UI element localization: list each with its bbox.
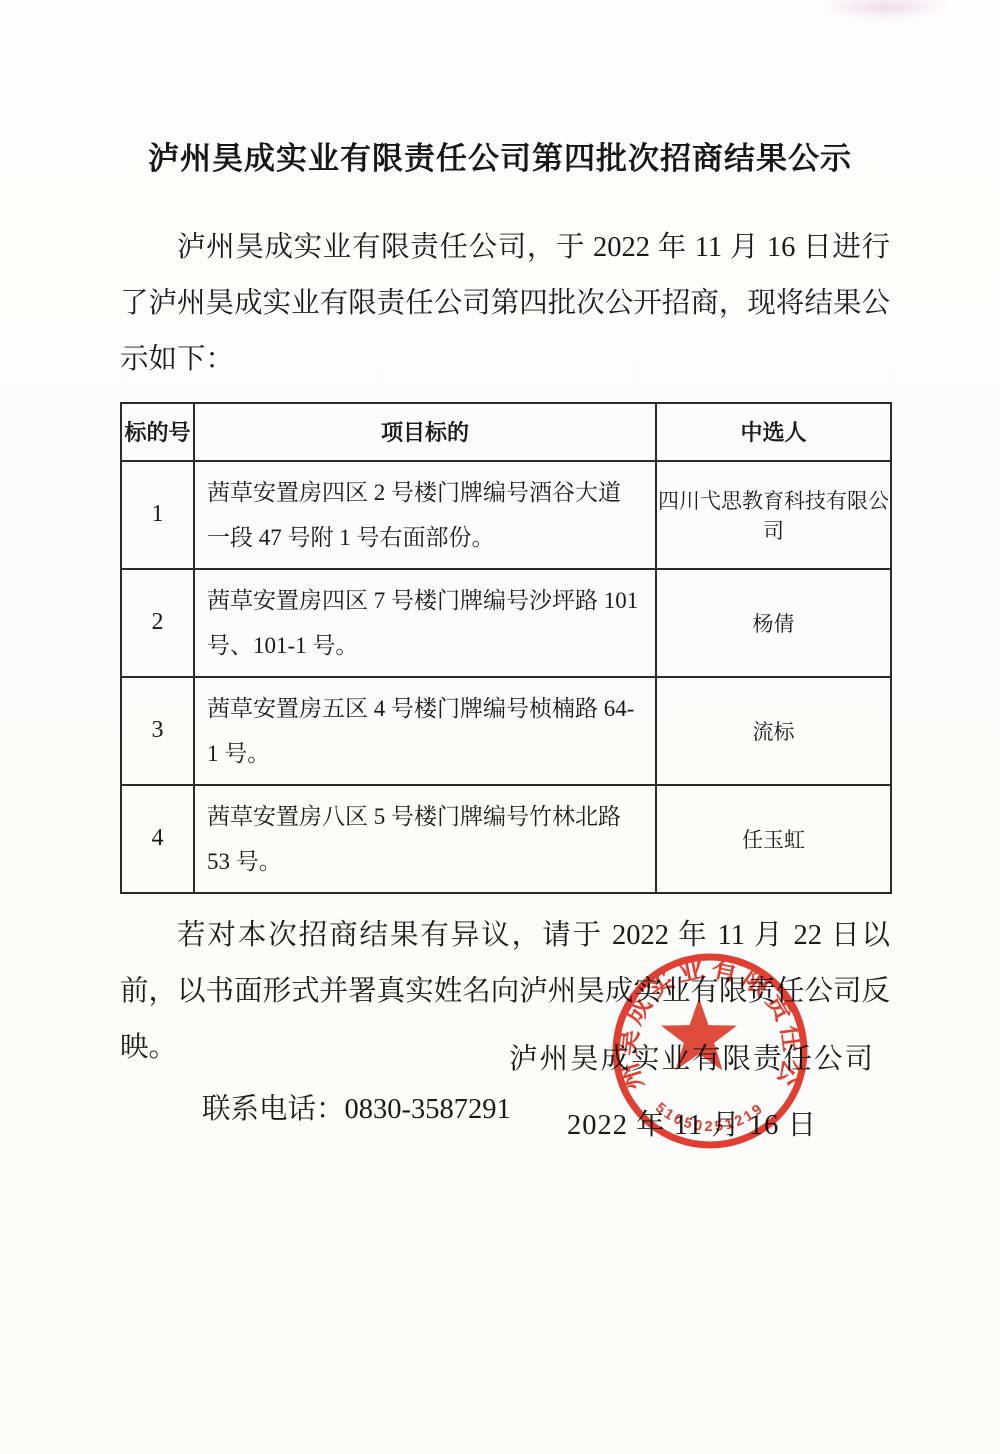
table-row: 1 茜草安置房四区 2 号楼门牌编号酒谷大道一段 47 号附 1 号右面部份。 … — [121, 461, 891, 569]
contact-label: 联系电话： — [202, 1094, 345, 1125]
bid-number: 2 — [121, 569, 194, 677]
bid-subject: 茜草安置房五区 4 号楼门牌编号桢楠路 64-1 号。 — [194, 677, 656, 785]
bid-winner: 任玉虹 — [656, 785, 891, 893]
table-header-row: 标的号 项目标的 中选人 — [121, 403, 891, 461]
signature-company: 泸州昊成实业有限责任公司 — [392, 1036, 992, 1077]
bid-number: 3 — [121, 677, 194, 785]
intro-paragraph: 泸州昊成实业有限责任公司，于 2022 年 11 月 16 日进行了泸州昊成实业… — [120, 220, 890, 388]
table-row: 4 茜草安置房八区 5 号楼门牌编号竹林北路 53 号。 任玉虹 — [121, 785, 891, 893]
bid-subject: 茜草安置房四区 2 号楼门牌编号酒谷大道一段 47 号附 1 号右面部份。 — [194, 461, 656, 569]
bid-winner: 四川弋思教育科技有限公司 — [656, 461, 891, 569]
page-title: 泸州昊成实业有限责任公司第四批次招商结果公示 — [0, 21, 1000, 178]
signature-date: 2022 年 11 月 16 日 — [392, 1102, 992, 1143]
table-row: 3 茜草安置房五区 4 号楼门牌编号桢楠路 64-1 号。 流标 — [121, 677, 891, 785]
header-winner: 中选人 — [656, 403, 891, 461]
bid-subject: 茜草安置房八区 5 号楼门牌编号竹林北路 53 号。 — [194, 785, 656, 893]
bid-number: 4 — [121, 785, 194, 893]
bid-number: 1 — [121, 461, 194, 569]
scan-artifact — [820, 0, 950, 20]
document-page: 泸州昊成实业有限责任公司第四批次招商结果公示 泸州昊成实业有限责任公司，于 20… — [0, 0, 1000, 1454]
header-project-subject: 项目标的 — [194, 403, 656, 461]
bid-subject: 茜草安置房四区 7 号楼门牌编号沙坪路 101 号、101-1 号。 — [194, 569, 656, 677]
bid-winner: 流标 — [656, 677, 891, 785]
signature-block: 泸州昊成实业有限责任公司 2022 年 11 月 16 日 — [392, 1036, 992, 1143]
bid-results-table: 标的号 项目标的 中选人 1 茜草安置房四区 2 号楼门牌编号酒谷大道一段 47… — [120, 402, 892, 894]
bid-winner: 杨倩 — [656, 569, 891, 677]
header-bid-number: 标的号 — [121, 403, 194, 461]
table-row: 2 茜草安置房四区 7 号楼门牌编号沙坪路 101 号、101-1 号。 杨倩 — [121, 569, 891, 677]
